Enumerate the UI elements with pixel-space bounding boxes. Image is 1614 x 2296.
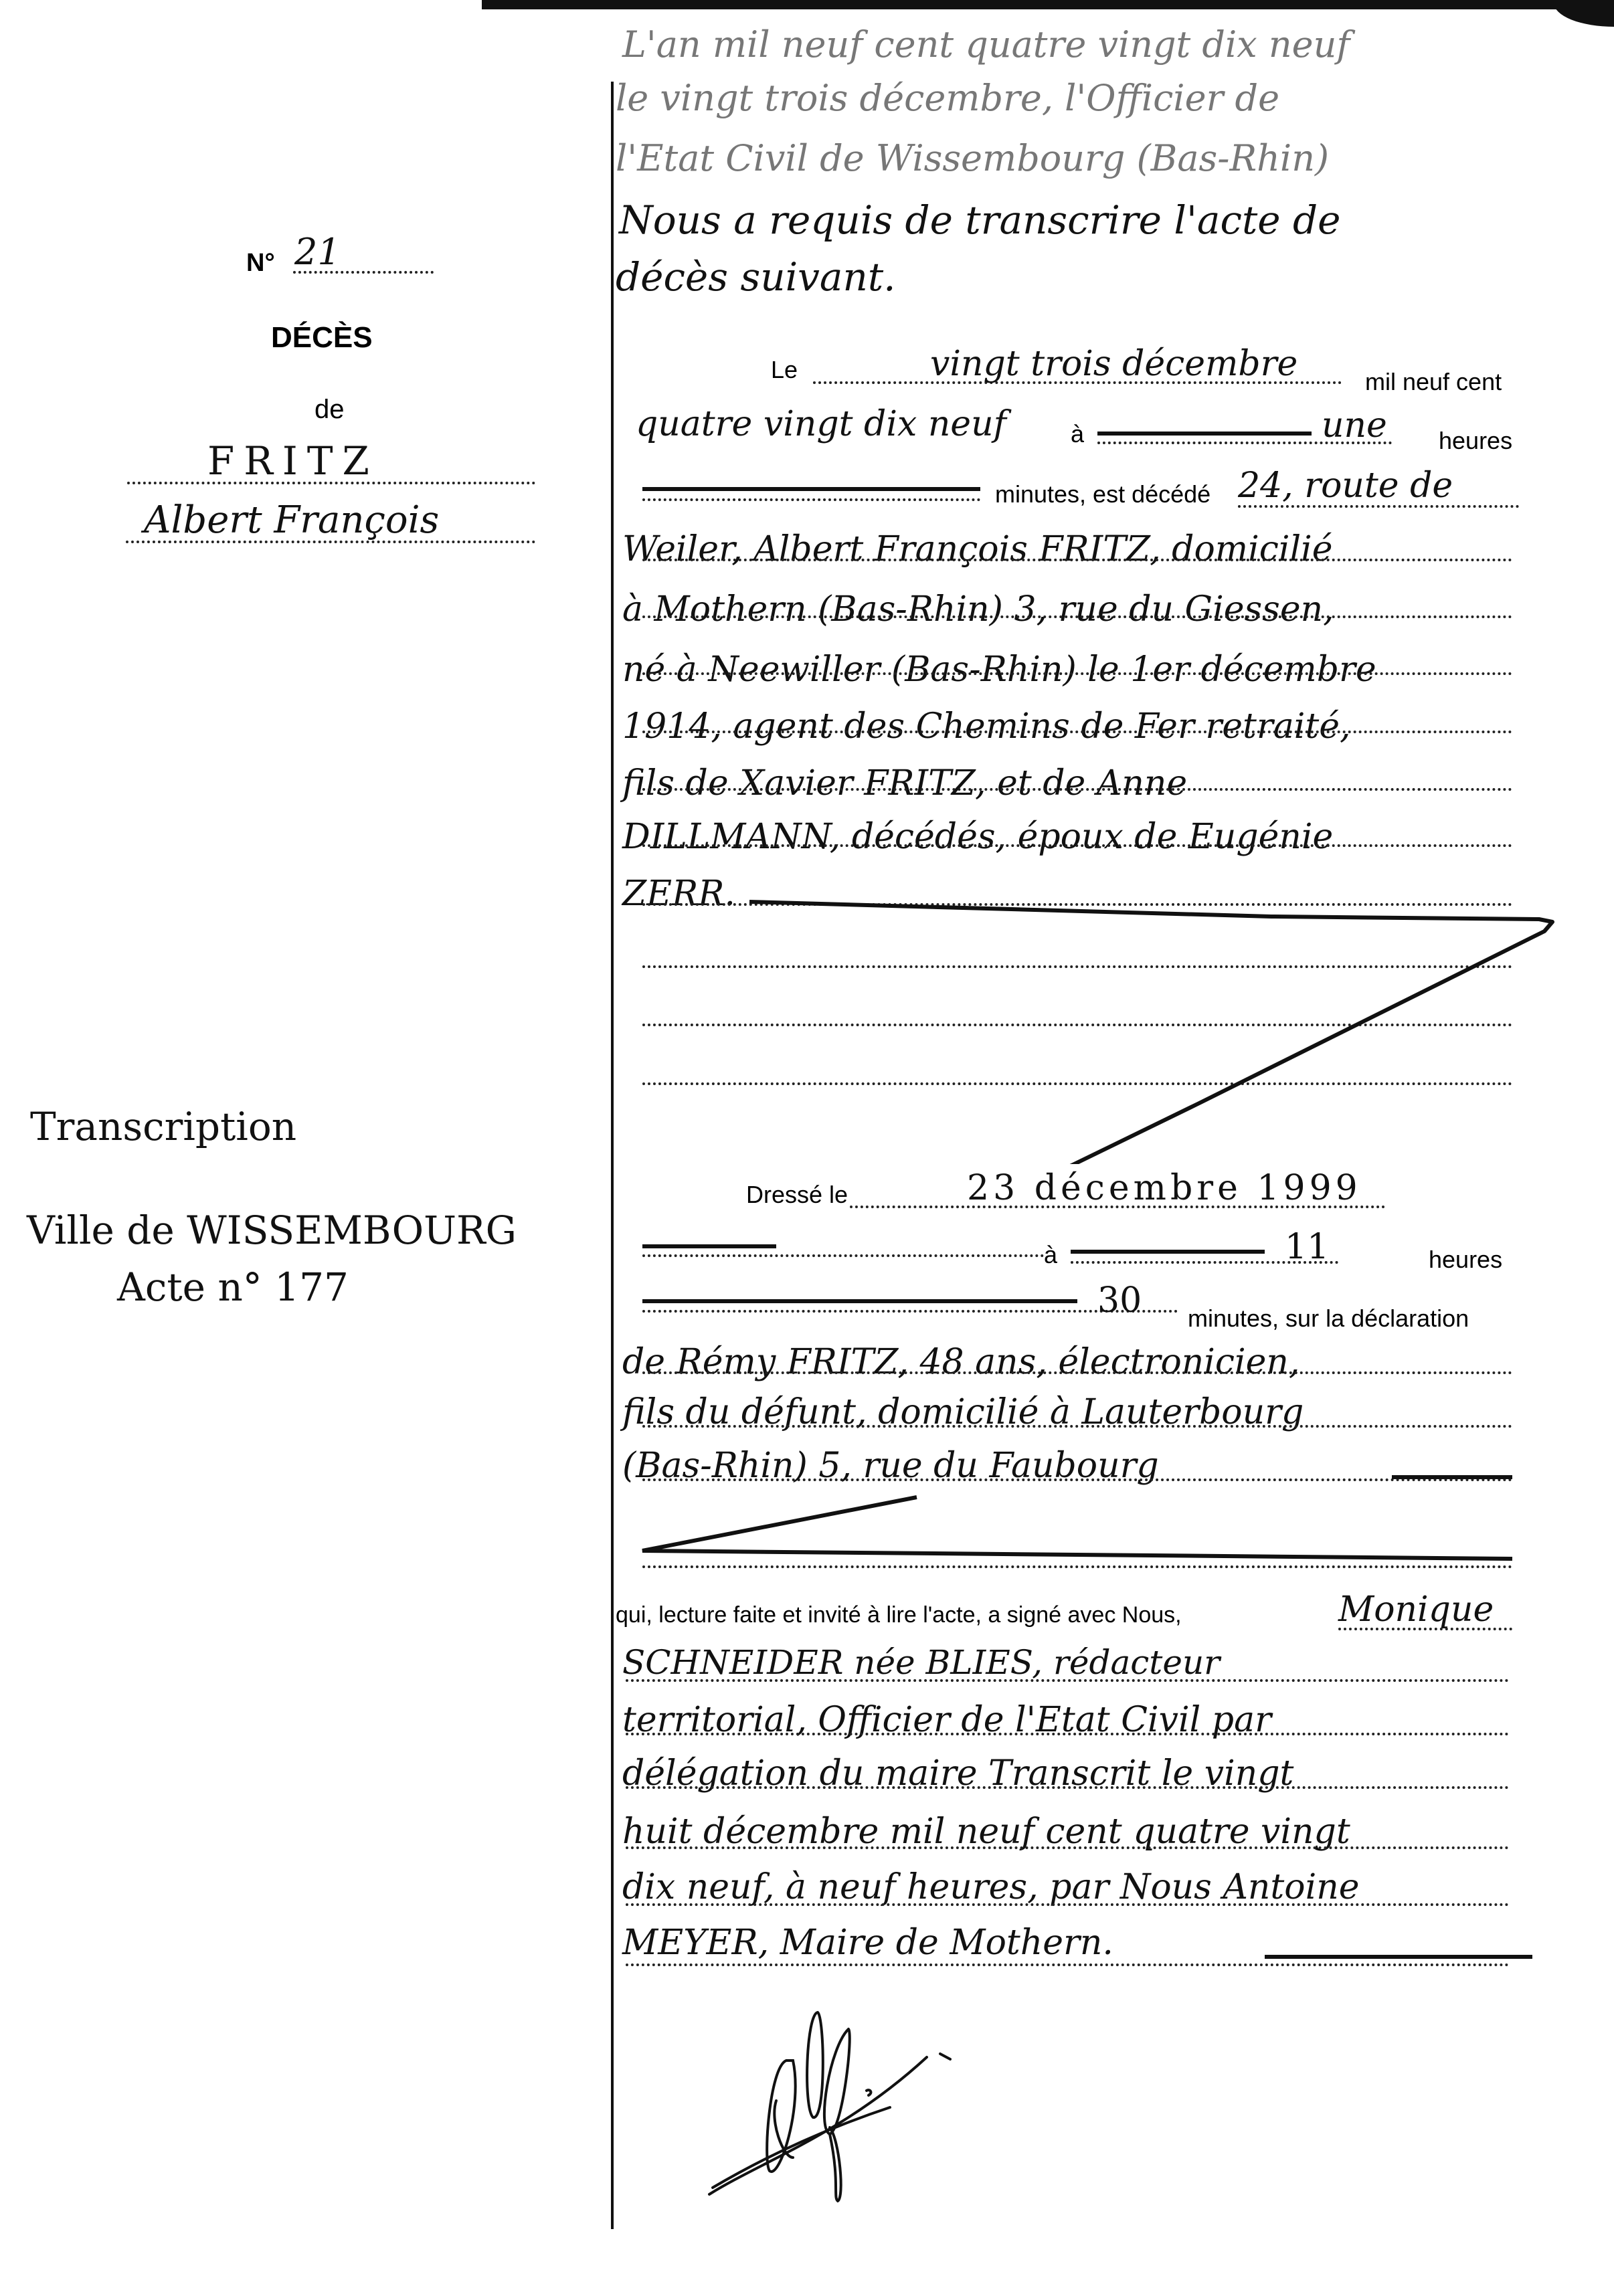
- header-line: le vingt trois décembre, l'Officier de: [616, 80, 1279, 116]
- transcription-note: Transcription: [30, 1107, 296, 1146]
- mayor-signature: [669, 2007, 1138, 2296]
- heures-label: heures: [1439, 427, 1512, 455]
- body-line: à Mothern (Bas-Rhin) 3, rue du Giessen,: [622, 592, 1334, 627]
- number-label: N°: [246, 249, 275, 278]
- line-underline: [626, 1903, 1509, 1906]
- officer-line: huit décembre mil neuf cent quatre vingt: [622, 1814, 1350, 1849]
- signed-statement: qui, lecture faite et invité à lire l'ac…: [616, 1602, 1182, 1628]
- number-value: 21: [294, 234, 341, 270]
- death-date: vingt trois décembre: [930, 347, 1297, 381]
- body-line: Weiler, Albert François FRITZ, domicilié: [622, 532, 1333, 567]
- hour-dash: [1071, 1250, 1265, 1254]
- line-underline: [642, 672, 1512, 675]
- record-type: DÉCÈS: [271, 321, 373, 355]
- a-label: à: [1071, 420, 1084, 448]
- minutes-underline: [642, 498, 980, 501]
- line-underline: [642, 559, 1512, 561]
- line-underline: [1238, 505, 1519, 508]
- drawn-up-date: 23 décembre 1999: [967, 1171, 1362, 1206]
- line-underline: [642, 731, 1512, 733]
- header-line: Nous a requis de transcrire l'acte de: [619, 201, 1340, 240]
- death-year: quatre vingt dix neuf: [636, 407, 1006, 442]
- death-hour: une: [1322, 408, 1387, 443]
- line-underline: [642, 1478, 1512, 1481]
- line-underline: [1338, 1628, 1512, 1630]
- minutes-dash: [642, 1299, 1077, 1303]
- surname-underline: [127, 482, 535, 484]
- body-line: 24, route de: [1238, 468, 1453, 503]
- officer-line: MEYER, Maire de Mothern.: [622, 1925, 1113, 1960]
- drawn-up-hour: 11: [1285, 1230, 1329, 1264]
- body-line: DILLMANN, décédés, époux de Eugénie: [622, 820, 1333, 854]
- blank-fill-z-stroke: [602, 896, 1614, 1164]
- officer-line: dix neuf, à neuf heures, par Nous Antoin…: [622, 1870, 1360, 1905]
- line-underline: [626, 1733, 1509, 1735]
- de-label: de: [315, 395, 345, 425]
- line-underline: [626, 1846, 1509, 1849]
- body-line: né à Neewiller (Bas-Rhin) le 1er décembr…: [622, 652, 1376, 687]
- line-underline: [642, 1565, 1512, 1568]
- line-underline: [642, 615, 1512, 618]
- minutes-label: minutes, est décédé: [995, 480, 1210, 508]
- line-underline: [626, 1679, 1509, 1682]
- body-line: 1914, agent des Chemins de Fer retraité,: [622, 709, 1351, 744]
- end-dash: [1265, 1955, 1532, 1959]
- header-line: décès suivant.: [616, 258, 896, 296]
- minutes-dash: [642, 487, 980, 491]
- line-underline: [642, 788, 1512, 791]
- dresse-label: Dressé le: [746, 1181, 848, 1209]
- hour-dash: [1097, 432, 1312, 436]
- officer-line: SCHNEIDER née BLIES, rédacteur: [622, 1646, 1220, 1679]
- scan-corner-shadow: [1554, 0, 1614, 27]
- line-underline: [626, 1786, 1509, 1789]
- minutes-label: minutes, sur la déclaration: [1188, 1305, 1469, 1333]
- line-underline: [642, 1425, 1512, 1428]
- le-label: Le: [771, 356, 798, 384]
- heures-label: heures: [1429, 1246, 1502, 1274]
- header-line: l'Etat Civil de Wissembourg (Bas-Rhin): [616, 140, 1329, 177]
- scan-top-edge: [482, 0, 1614, 9]
- body-line: fils de Xavier FRITZ, et de Anne: [622, 766, 1187, 801]
- declarant-line: de Rémy FRITZ, 48 ans, électronicien,: [622, 1345, 1299, 1379]
- deceased-surname: FRITZ: [207, 442, 379, 480]
- closing-stroke: [602, 1492, 1539, 1572]
- date-underline: [642, 1254, 1044, 1257]
- date-dash: [642, 1244, 776, 1248]
- year-label: mil neuf cent: [1365, 368, 1502, 396]
- drawn-up-minutes: 30: [1097, 1283, 1142, 1318]
- line-underline: [642, 844, 1512, 847]
- deceased-given-names: Albert François: [144, 502, 439, 539]
- officer-line: Monique: [1338, 1592, 1494, 1627]
- transcription-acte: Acte n° 177: [117, 1268, 349, 1307]
- number-underline: [293, 271, 434, 274]
- end-dash: [1392, 1475, 1512, 1479]
- line-underline: [626, 1964, 1509, 1966]
- a-label: à: [1044, 1241, 1057, 1269]
- given-names-underline: [126, 541, 535, 543]
- line-underline: [642, 1371, 1512, 1374]
- header-line: L'an mil neuf cent quatre vingt dix neuf: [622, 27, 1350, 63]
- transcription-city: Ville de WISSEMBOURG: [27, 1211, 517, 1250]
